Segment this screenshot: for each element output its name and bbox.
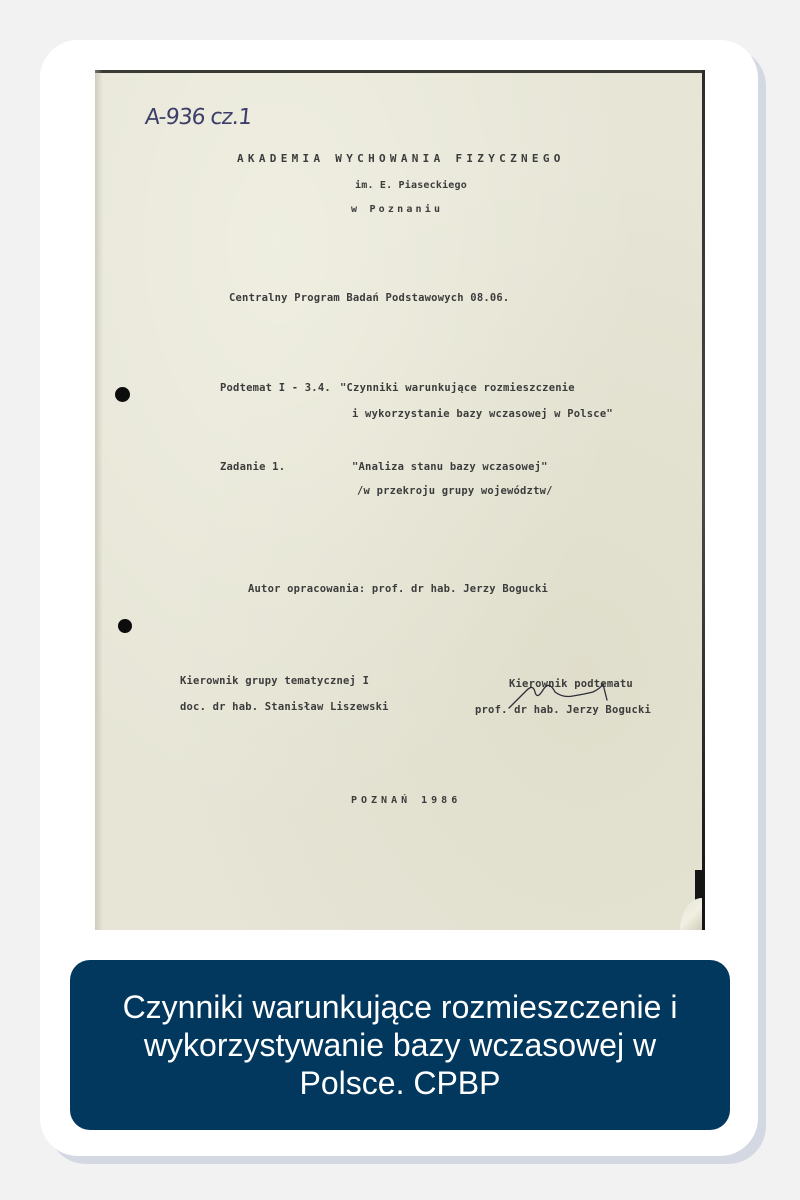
scan-top-edge [95, 70, 705, 73]
subtopic-label: Podtemat I - 3.4. [220, 382, 331, 394]
author-line: Autor opracowania: prof. dr hab. Jerzy B… [248, 583, 548, 595]
task-title-line1: "Analiza stanu bazy wczasowej" [352, 461, 548, 473]
institution-city: w Poznaniu [351, 204, 443, 215]
subtopic-title-line1: "Czynniki warunkujące rozmieszczenie [340, 382, 575, 394]
place-year: POZNAŃ 1986 [351, 795, 461, 806]
task-label: Zadanie 1. [220, 461, 285, 473]
left-signatory-name: doc. dr hab. Stanisław Liszewski [180, 701, 389, 713]
punch-hole-bottom [118, 619, 132, 633]
punch-hole-top [115, 387, 130, 402]
document-scan-image[interactable]: A-936 cz.1 AKADEMIA WYCHOWANIA FIZYCZNEG… [95, 70, 705, 930]
archive-mark: A-936 cz.1 [144, 105, 253, 130]
task-title-line2: /w przekroju grupy województw/ [357, 485, 553, 497]
caption-box[interactable]: Czynniki warunkujące rozmieszczenie i wy… [70, 960, 730, 1130]
page-curl [680, 898, 702, 930]
scan-left-shade [95, 70, 103, 930]
institution-patron: im. E. Piaseckiego [355, 180, 467, 191]
subtopic-title-line2: i wykorzystanie bazy wczasowej w Polsce" [352, 408, 613, 420]
scan-right-edge [702, 70, 705, 930]
program-title: Centralny Program Badań Podstawowych 08.… [229, 292, 509, 304]
left-signatory-role: Kierownik grupy tematycznej I [180, 675, 369, 687]
institution-name: AKADEMIA WYCHOWANIA FIZYCZNEGO [237, 152, 565, 165]
handwritten-signature [507, 678, 617, 712]
caption-title[interactable]: Czynniki warunkujące rozmieszczenie i wy… [90, 988, 710, 1102]
